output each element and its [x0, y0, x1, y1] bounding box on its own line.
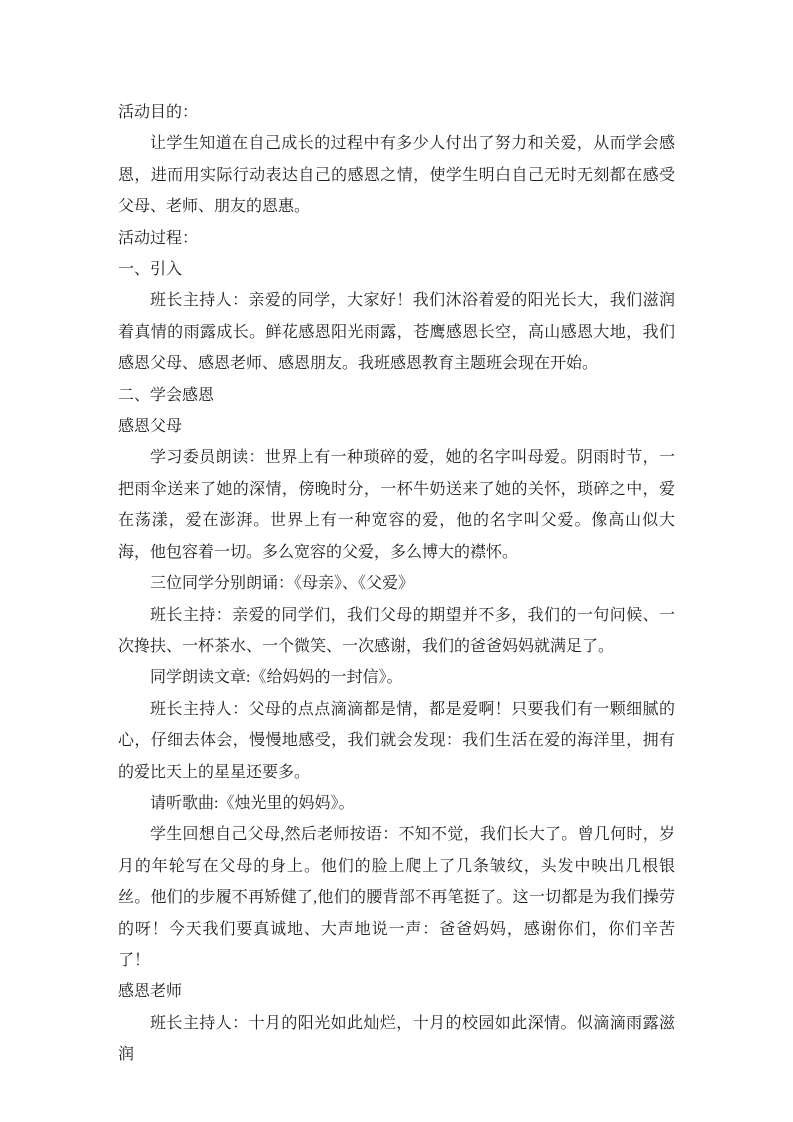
paragraph: 同学朗读文章:《给妈妈的一封信》。 [118, 662, 675, 693]
document-content: 活动目的：让学生知道在自己成长的过程中有多少人付出了努力和关爱，从而学会感恩，进… [118, 97, 675, 1071]
paragraph: 活动目的： [118, 97, 675, 128]
paragraph: 班长主持人：十月的阳光如此灿烂，十月的校园如此深情。似滴滴雨露滋润 [118, 1008, 675, 1071]
paragraph: 班长主持人：父母的点点滴滴都是情，都是爱啊！只要我们有一颗细腻的心，仔细去体会，… [118, 694, 675, 788]
paragraph: 二、学会感恩 [118, 380, 675, 411]
paragraph: 感恩父母 [118, 411, 675, 442]
paragraph: 请听歌曲:《烛光里的妈妈》。 [118, 788, 675, 819]
paragraph: 活动过程： [118, 223, 675, 254]
paragraph: 感恩老师 [118, 976, 675, 1007]
document-page: 活动目的：让学生知道在自己成长的过程中有多少人付出了努力和关爱，从而学会感恩，进… [0, 0, 793, 1122]
paragraph: 班长主持人：亲爱的同学，大家好！我们沐浴着爱的阳光长大，我们滋润着真情的雨露成长… [118, 285, 675, 379]
paragraph: 学习委员朗读：世界上有一种琐碎的爱，她的名字叫母爱。阴雨时节，一把雨伞送来了她的… [118, 442, 675, 568]
paragraph: 三位同学分别朗诵：《母亲》、《父爱》 [118, 568, 675, 599]
paragraph: 一、引入 [118, 254, 675, 285]
paragraph: 班长主持：亲爱的同学们，我们父母的期望并不多，我们的一句问候、一次搀扶、一杯茶水… [118, 600, 675, 663]
paragraph: 学生回想自己父母,然后老师按语：不知不觉，我们长大了。曾几何时，岁月的年轮写在父… [118, 819, 675, 976]
paragraph: 让学生知道在自己成长的过程中有多少人付出了努力和关爱，从而学会感恩，进而用实际行… [118, 128, 675, 222]
